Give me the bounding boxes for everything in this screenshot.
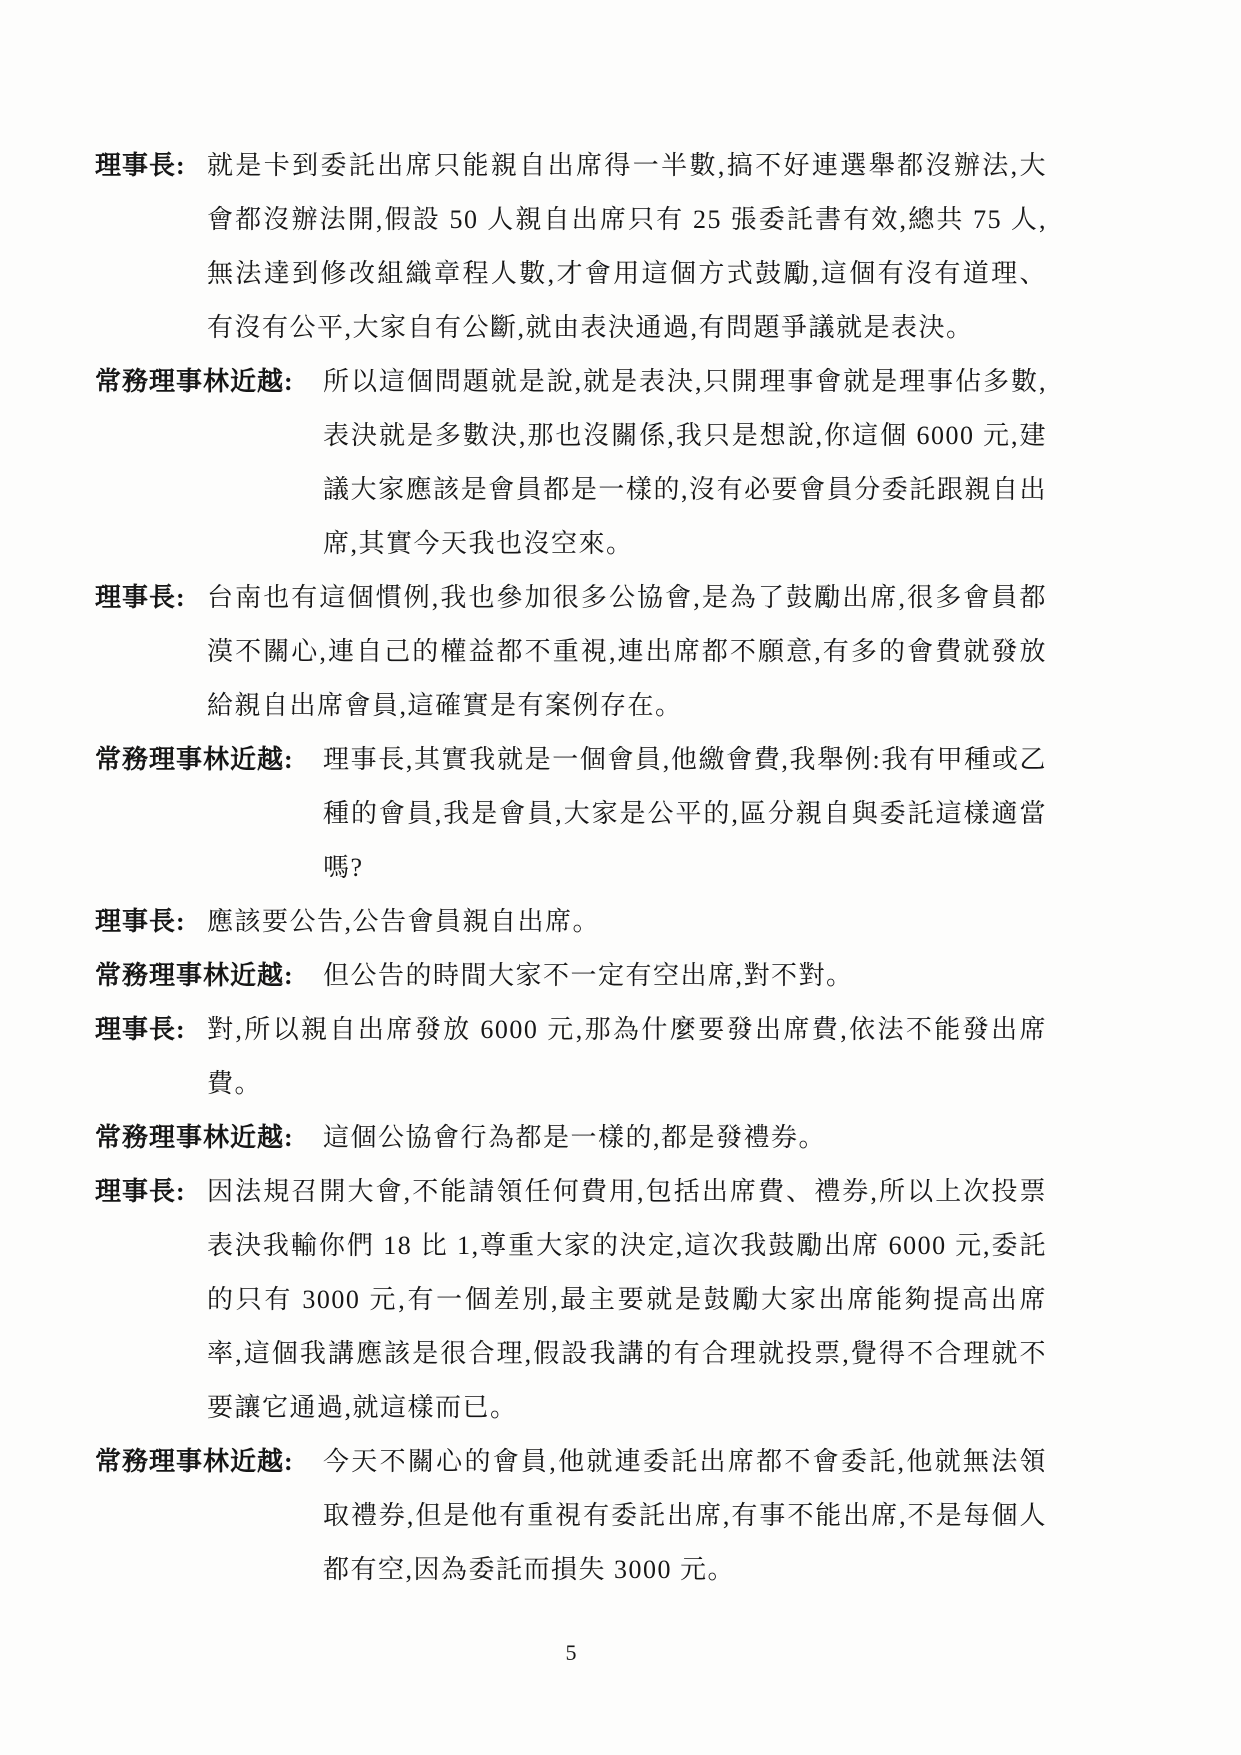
speech-block: 常務理事林近越:但公告的時間大家不一定有空出席,對不對。: [95, 949, 1047, 1003]
speaker-label: 常務理事林近越:: [95, 949, 294, 1003]
speech-block: 理事長:應該要公告,公告會員親自出席。: [95, 895, 1047, 949]
speaker-label: 理事長:: [95, 1003, 186, 1057]
speech-text: 就是卡到委託出席只能親自出席得一半數,搞不好連選舉都沒辦法,大會都沒辦法開,假設…: [207, 151, 1047, 342]
speech-text: 今天不關心的會員,他就連委託出席都不會委託,他就無法領取禮券,但是他有重視有委託…: [323, 1447, 1047, 1584]
speech-text: 理事長,其實我就是一個會員,他繳會費,我舉例:我有甲種或乙種的會員,我是會員,大…: [323, 745, 1047, 882]
speaker-label: 理事長:: [95, 1165, 186, 1219]
speech-block: 常務理事林近越:今天不關心的會員,他就連委託出席都不會委託,他就無法領取禮券,但…: [95, 1435, 1047, 1597]
speaker-label: 常務理事林近越:: [95, 1111, 294, 1165]
dialogue-container: 理事長:就是卡到委託出席只能親自出席得一半數,搞不好連選舉都沒辦法,大會都沒辦法…: [95, 139, 1047, 1597]
speech-block: 常務理事林近越:理事長,其實我就是一個會員,他繳會費,我舉例:我有甲種或乙種的會…: [95, 733, 1047, 895]
speech-text: 這個公協會行為都是一樣的,都是發禮券。: [323, 1123, 826, 1152]
document-page: 理事長:就是卡到委託出席只能親自出席得一半數,搞不好連選舉都沒辦法,大會都沒辦法…: [0, 0, 1241, 1755]
speech-text: 台南也有這個慣例,我也參加很多公協會,是為了鼓勵出席,很多會員都漠不關心,連自己…: [207, 583, 1047, 720]
speech-text: 應該要公告,公告會員親自出席。: [207, 907, 600, 936]
speech-block: 理事長:對,所以親自出席發放 6000 元,那為什麼要發出席費,依法不能發出席費…: [95, 1003, 1047, 1111]
speech-text: 所以這個問題就是說,就是表決,只開理事會就是理事佔多數,表決就是多數決,那也沒關…: [323, 367, 1047, 558]
speech-block: 常務理事林近越:所以這個問題就是說,就是表決,只開理事會就是理事佔多數,表決就是…: [95, 355, 1047, 571]
speech-block: 常務理事林近越:這個公協會行為都是一樣的,都是發禮券。: [95, 1111, 1047, 1165]
speech-block: 理事長:就是卡到委託出席只能親自出席得一半數,搞不好連選舉都沒辦法,大會都沒辦法…: [95, 139, 1047, 355]
speaker-label: 理事長:: [95, 139, 186, 193]
speech-text: 因法規召開大會,不能請領任何費用,包括出席費、禮券,所以上次投票表決我輸你們 1…: [207, 1177, 1047, 1422]
speech-text: 但公告的時間大家不一定有空出席,對不對。: [323, 961, 854, 990]
speaker-label: 常務理事林近越:: [95, 733, 294, 787]
speaker-label: 常務理事林近越:: [95, 1435, 294, 1489]
speaker-label: 理事長:: [95, 571, 186, 625]
speech-block: 理事長:因法規召開大會,不能請領任何費用,包括出席費、禮券,所以上次投票表決我輸…: [95, 1165, 1047, 1435]
speaker-label: 理事長:: [95, 895, 186, 949]
speaker-label: 常務理事林近越:: [95, 355, 294, 409]
speech-block: 理事長:台南也有這個慣例,我也參加很多公協會,是為了鼓勵出席,很多會員都漠不關心…: [95, 571, 1047, 733]
speech-text: 對,所以親自出席發放 6000 元,那為什麼要發出席費,依法不能發出席費。: [207, 1015, 1047, 1098]
page-number: 5: [95, 1638, 1047, 1668]
